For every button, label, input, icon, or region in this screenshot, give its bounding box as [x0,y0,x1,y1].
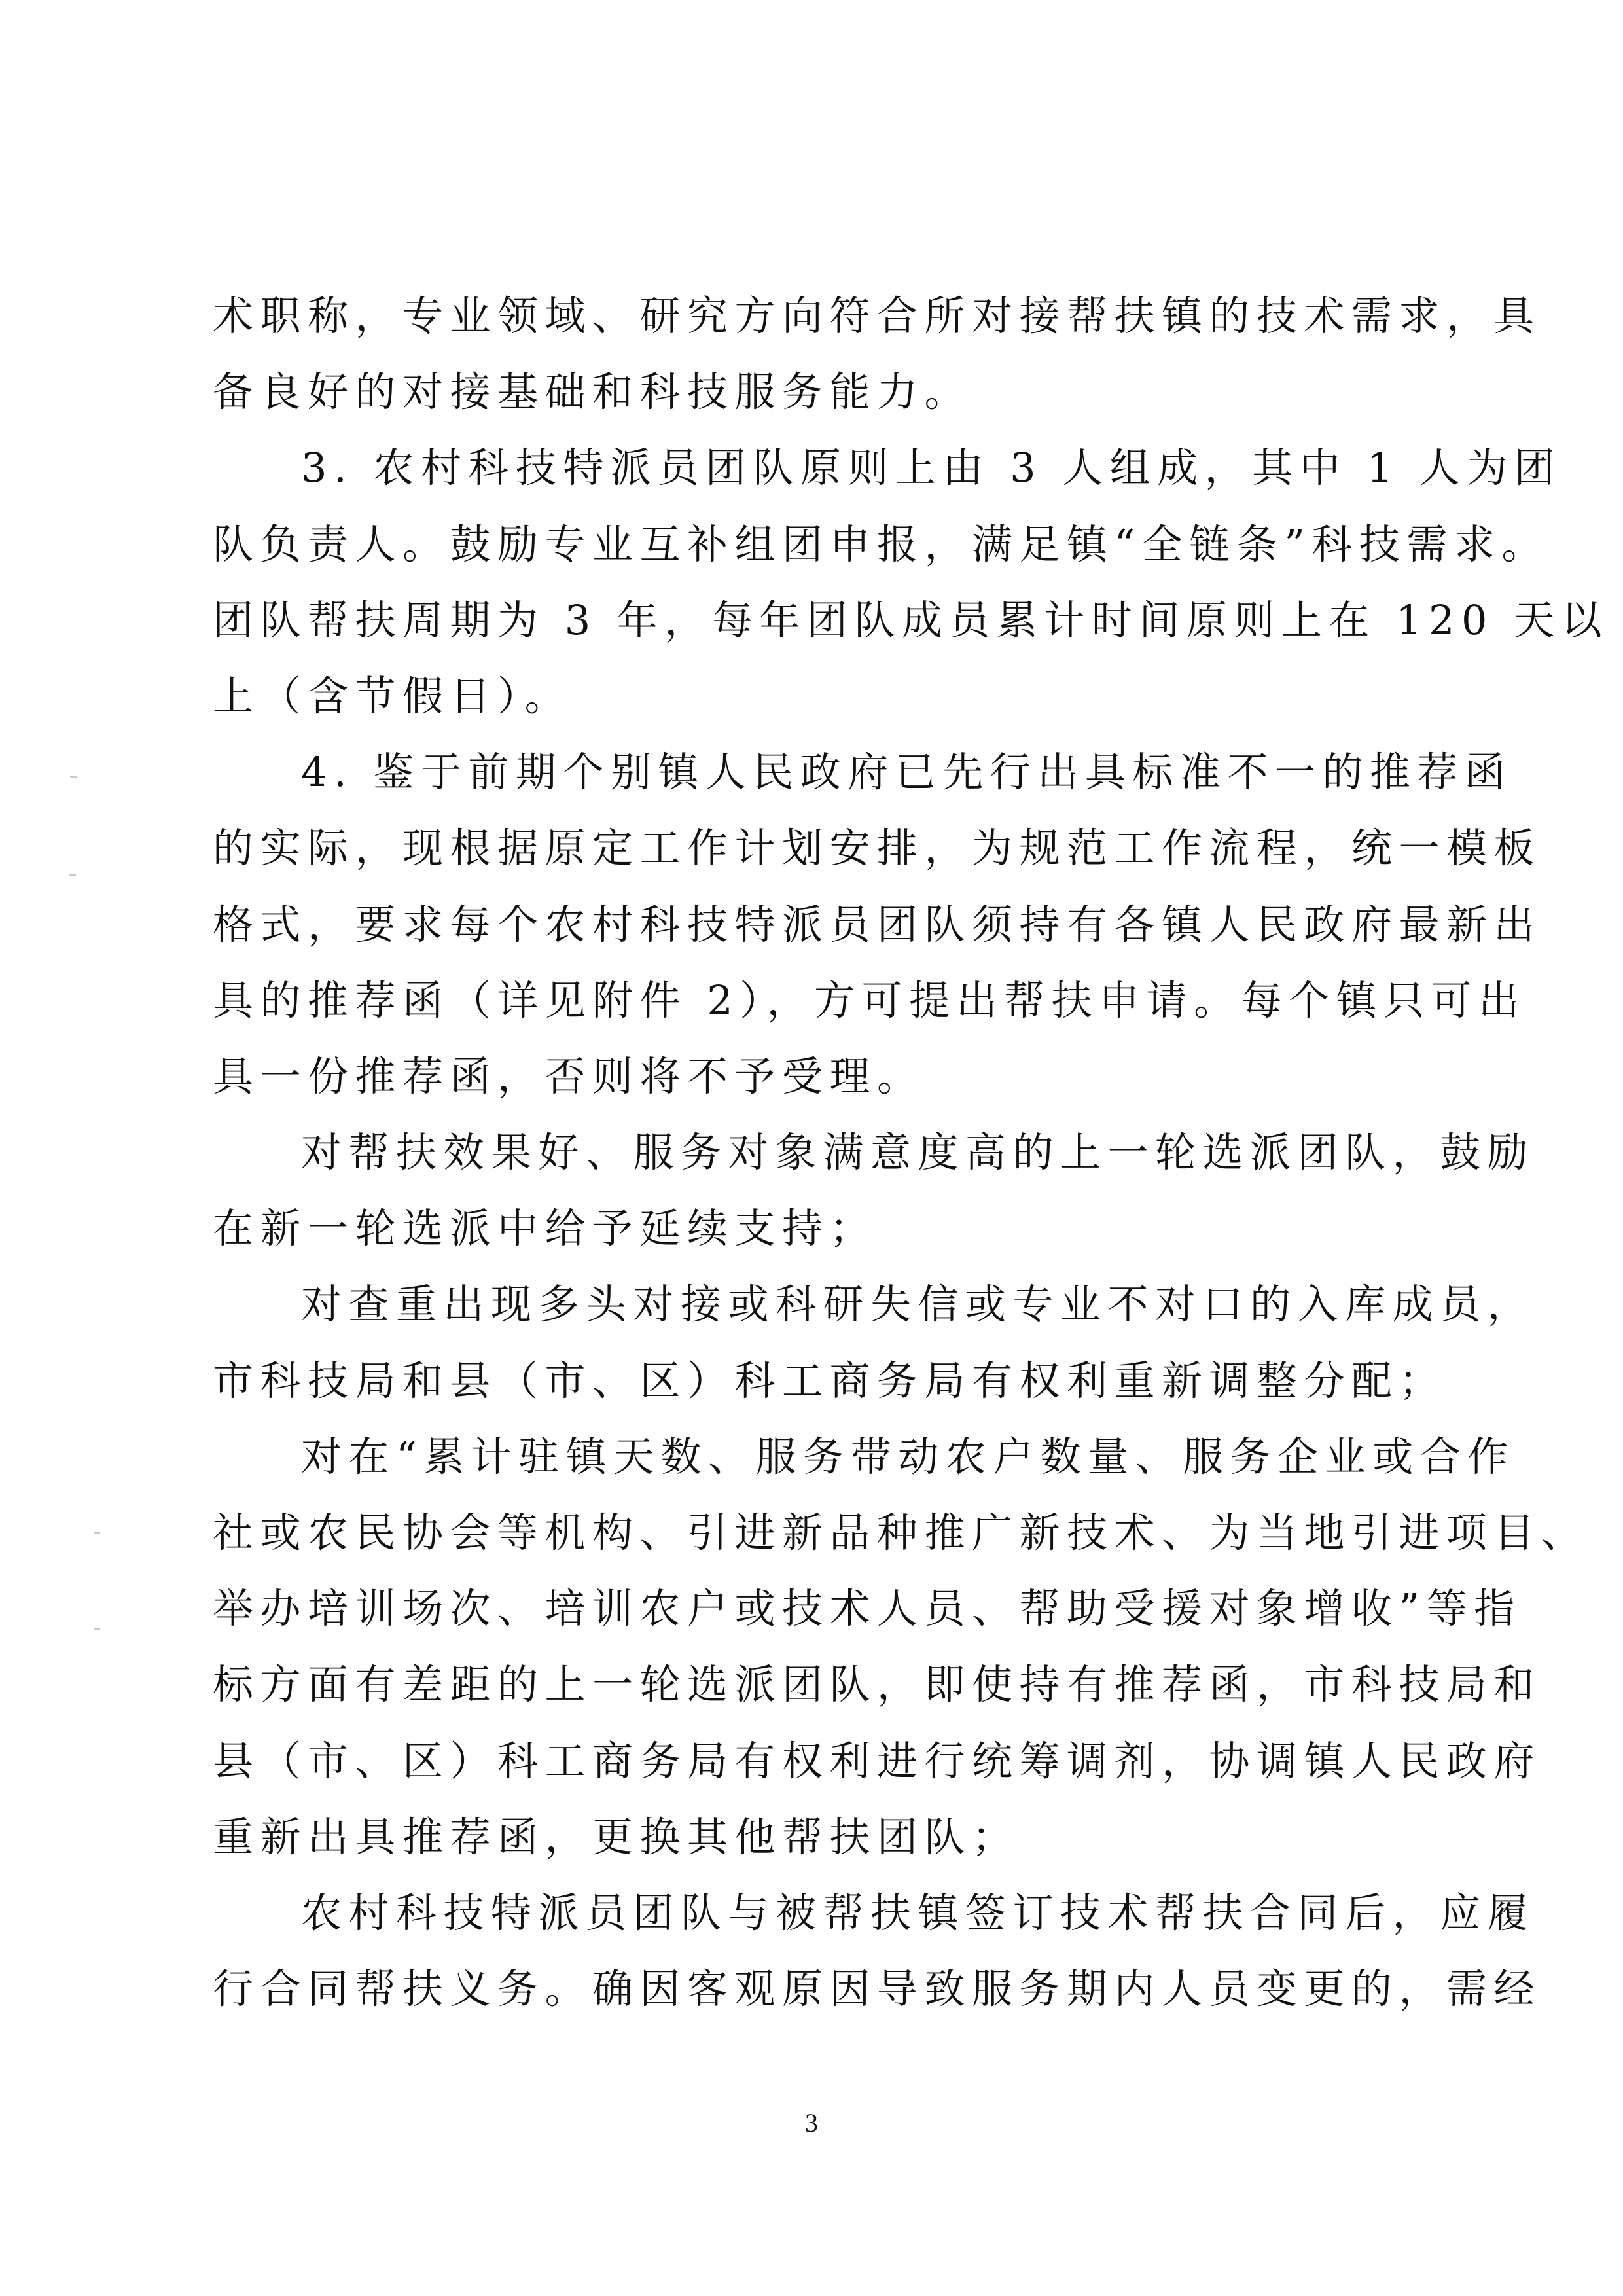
paragraph-contract: 农村科技特派员团队与被帮扶镇签订技术帮扶合同后，应履 [213,1875,1430,1951]
text-line: 举办培训场次、培训农户或技术人员、帮助受援对象增收”等指 [213,1571,1430,1647]
paragraph-gap-indicators: 对在“累计驻镇天数、服务带动农户数量、服务企业或合作 [213,1419,1430,1495]
page-number: 3 [0,2108,1623,2138]
paragraph-duplicate-check: 对查重出现多头对接或科研失信或专业不对口的入库成员， [213,1266,1430,1342]
text-line: 团队帮扶周期为 3 年，每年团队成员累计时间原则上在 120 天以 [213,583,1430,658]
text-line: 县（市、区）科工商务局有权利进行统筹调剂，协调镇人民政府 [213,1723,1430,1799]
text-line: 重新出具推荐函，更换其他帮扶团队； [213,1799,1430,1875]
scan-mark [69,874,76,876]
list-item-4-line: 4. 鉴于前期个别镇人民政府已先行出具标准不一的推荐函 [213,734,1430,810]
text-line: 具的推荐函（详见附件 2），方可提出帮扶申请。每个镇只可出 [213,963,1430,1039]
paragraph-good-teams: 对帮扶效果好、服务对象满意度高的上一轮选派团队，鼓励 [213,1115,1430,1191]
text-line: 队负责人。鼓励专业互补组团申报，满足镇“全链条”科技需求。 [213,507,1430,583]
text-line: 具一份推荐函，否则将不予受理。 [213,1039,1430,1115]
document-page: 术职称，专业领域、研究方向符合所对接帮扶镇的技术需求，具 备良好的对接基础和科技… [0,0,1623,2296]
list-item-3-line: 3. 农村科技特派员团队原则上由 3 人组成，其中 1 人为团 [213,430,1430,506]
text-line: 社或农民协会等机构、引进新品种推广新技术、为当地引进项目、 [213,1495,1430,1571]
document-body: 术职称，专业领域、研究方向符合所对接帮扶镇的技术需求，具 备良好的对接基础和科技… [213,278,1430,2027]
text-line: 标方面有差距的上一轮选派团队，即使持有推荐函，市科技局和 [213,1647,1430,1723]
text-line: 格式，要求每个农村科技特派员团队须持有各镇人民政府最新出 [213,887,1430,963]
text-line: 术职称，专业领域、研究方向符合所对接帮扶镇的技术需求，具 [213,278,1430,354]
text-line: 备良好的对接基础和科技服务能力。 [213,354,1430,430]
scan-mark [70,776,77,778]
text-line: 上（含节假日）。 [213,658,1430,734]
scan-mark [94,1532,100,1534]
text-line: 的实际，现根据原定工作计划安排，为规范工作流程，统一模板 [213,810,1430,886]
text-line: 行合同帮扶义务。确因客观原因导致服务期内人员变更的，需经 [213,1951,1430,2027]
scan-mark [94,1628,100,1630]
text-line: 市科技局和县（市、区）科工商务局有权利重新调整分配； [213,1343,1430,1419]
text-line: 在新一轮选派中给予延续支持； [213,1191,1430,1266]
